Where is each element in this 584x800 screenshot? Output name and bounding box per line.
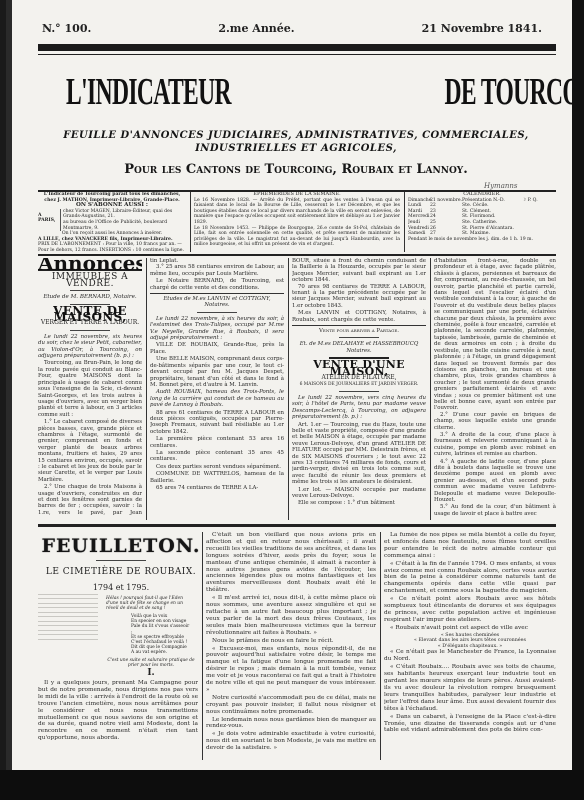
paragraph: d'habitation front-à-rue, double en prof…: [434, 258, 556, 412]
column-divider: [380, 532, 381, 760]
paragraph: « Ce n'était point alors Roubaix avec se…: [384, 596, 556, 624]
column-divider: [202, 532, 203, 760]
calendar-rows: Dimanche21 novembre.Présentation N.-D.☽ …: [408, 198, 556, 237]
subscription-box: L'Indicateur de Tourcoing paraît tous le…: [38, 192, 186, 252]
paris-address-2: au bureau de l'Office de Publicité, boul…: [63, 220, 186, 231]
paragraph: « C'était Roubaix.... Roubaix avec ses t…: [384, 664, 556, 712]
calendar-footer: Pendant le mois de novembre les j. dim. …: [408, 237, 556, 243]
info-band: L'Indicateur de Tourcoing paraît tous le…: [38, 192, 556, 252]
newspaper-title: L'INDICATEUR DE TOURCOING,: [66, 62, 536, 122]
masthead-rule-thin: [38, 54, 556, 55]
paragraph: 65 ares 74 centiares de TERRE A LA-: [150, 485, 284, 491]
title-left: L'INDICATEUR: [66, 70, 231, 114]
rule: [150, 293, 284, 294]
paragraph: 2.° D'une cour pavée en briques de champ…: [434, 412, 556, 431]
calendar-day: Samedi: [408, 231, 430, 237]
paris-label: A PARIS,: [38, 209, 60, 231]
paragraph: COMMUNE DE WATTRELOS, hameau de la Baill…: [150, 471, 284, 484]
issue-number: N.° 100.: [42, 22, 91, 35]
feuilleton-column-2: C'était un bon vieillard que nous avions…: [206, 532, 376, 762]
vente-partage: Vente pour arriver a Partage.: [292, 328, 426, 334]
title-right: DE TOURCOING,: [444, 70, 572, 114]
paragraph: « Je dois votre admirable exactitude à v…: [206, 731, 376, 752]
vente-subtitle: VERGER ET TERRE A LABOUR.: [38, 320, 142, 326]
paragraph: VILLE DE ROUBAIX, Grande-Rue, près la Pl…: [150, 342, 284, 355]
paragraph: « Roubaix n'avait point cet aspect de vi…: [384, 625, 556, 632]
paragraph: 3.° 25 ares 58 centiares environ de Labo…: [150, 264, 284, 277]
feuilleton-column-1: Il y a quelques jours, prenant Ma Campag…: [38, 680, 198, 740]
ephemerides-box: ÉPHÉMÉRIDES DE LA SEMAINE. Le 16 Novembr…: [194, 192, 400, 252]
paragraph: M.es LANVIN et COTTIGNY, Notaires, à Rou…: [292, 310, 426, 323]
poem-line: A au vat espère.: [131, 650, 191, 655]
ornament-rule: [96, 560, 146, 561]
paragraph: Elle se compose : 1.° d'un bâtiment: [292, 500, 426, 506]
scan-edge-right: [572, 0, 584, 800]
paragraph: Le Notaire BERNARD, de Tourcoing, est ch…: [150, 278, 284, 291]
feuilleton-rule: [38, 524, 556, 527]
paragraph: La fumée de nos pipes se mêla bientôt à …: [384, 532, 556, 560]
feuilleton-heading: FEUILLETON.: [36, 535, 206, 557]
poem-line: Pale du lit s'vous s'asseoir ;: [131, 624, 191, 634]
annonces-column-4: d'habitation front-à-rue, double en prof…: [434, 258, 556, 520]
paragraph: Art. 1.er — Tourcoing, rue du Haze, tout…: [292, 422, 426, 486]
rule: [70, 330, 110, 331]
paragraph: « Excusez-moi, mes enfants, nous répondi…: [206, 646, 376, 694]
etude-line: Et. de M.es DELAHAYE et HASSEBROUCQ Nota…: [292, 341, 426, 354]
rule: [197, 312, 237, 313]
paragraph: « Il m'est arrivé ici, nous dit-il, à ce…: [206, 595, 376, 636]
calendar-saint: St. Maxime.: [462, 231, 522, 237]
paragraph: 3.° A droite de la cour, d'une place à f…: [434, 432, 556, 458]
scan-edge-left: [6, 0, 12, 800]
annonces-column-2: tin Leplat. 3.° 25 ares 58 centiares env…: [150, 258, 284, 520]
masthead-rule: [38, 44, 556, 51]
vente-subtitle-2: 6 MAISONS DE JOURNALIERS ET JARDIN VERGE…: [292, 382, 426, 388]
paragraph: Une BELLE MAISON, comprenant deux corps-…: [150, 356, 284, 388]
paragraph: 4.° A gauche de ladite cour, d'une place…: [434, 459, 556, 504]
paragraph: 1.er lot. — MAISON occupée par madame ve…: [292, 487, 426, 500]
subtitle-line-1: FEUILLE D'ANNONCES JUDICIAIRES, ADMINIST…: [36, 130, 556, 141]
info-band-bottom-rule: [38, 254, 556, 256]
paragraph: Il y a quelques jours, prenant Ma Campag…: [38, 680, 198, 740]
annonces-heading: Annonces.: [38, 260, 142, 266]
section-heading: IMMEUBLES A VENDRE.: [38, 274, 142, 287]
scan-edge-bottom: [0, 770, 584, 800]
paragraph: Le lundi 22 novembre, vers cinq heures d…: [292, 395, 426, 421]
calendar-row: Samedi27St. Maxime.: [408, 231, 556, 237]
rule: [292, 325, 426, 326]
calendar-date: 27: [430, 231, 462, 237]
annonces-column: Annonces. IMMEUBLES A VENDRE. Etude de M…: [38, 258, 142, 516]
rule: [339, 337, 379, 338]
paragraph: La seconde pièce contenant 35 ares 45 ce…: [150, 450, 284, 463]
calendar-box: CALENDRIER. Dimanche21 novembre.Présenta…: [408, 192, 556, 252]
rule: [70, 290, 110, 291]
paragraph: 70 ares 98 centiares de TERRE A LABOUR, …: [292, 284, 426, 310]
verse: « Ses hautes cheminées« Elevant dans les…: [384, 633, 556, 650]
cantons-line: Pour les Cantons de Tourcoing, Roubaix e…: [36, 162, 556, 177]
divider: [404, 192, 405, 252]
newspaper-page: N.° 100. 2.me Année. 21 Novembre 1841. L…: [6, 0, 572, 800]
issue-date: 21 Novembre 1841.: [422, 22, 542, 35]
etude-line: Etude de M. BERNARD, Notaire.: [38, 294, 142, 300]
divider: [190, 192, 191, 252]
masthead-info: N.° 100. 2.me Année. 21 Novembre 1841.: [42, 22, 542, 35]
paragraph: C'était un bon vieillard que nous avions…: [206, 532, 376, 594]
column-divider: [146, 258, 147, 520]
feuilleton-title: LE CIMETIÈRE DE ROUBAIX.: [36, 567, 206, 577]
annonces-column-3: BOUR, située à front du chemin conduisan…: [292, 258, 426, 520]
rule: [339, 391, 379, 392]
paris-address-1: chez Victor MAGEN, Libraire-Éditeur, qua…: [63, 209, 186, 220]
poem: Voilà que la voixEn speoier en son visag…: [131, 614, 191, 656]
paragraph: 1.° Le cabaret composé de diverses pièce…: [38, 419, 142, 483]
paragraph: La première pièce contenant 53 ares 16 c…: [150, 436, 284, 449]
paragraph: « C'était à la fin de l'année 1794. O me…: [384, 561, 556, 596]
issue-year: 2.me Année.: [218, 22, 294, 35]
paragraph: « Ce n'était pas le Manchester de France…: [384, 649, 556, 663]
ephemeride-entry: Le 16 Novembre 1828. — Arrêté du Préfet,…: [194, 198, 400, 226]
paragraph: Nous le priâmes de nous en faire le réci…: [206, 638, 376, 645]
calendar-moon: [522, 231, 542, 237]
paragraph: 88 ares 61 centiares de TERRE A LABOUR e…: [150, 410, 284, 436]
etude-line: Etudes de M.es LANVIN et COTTIGNY, Notai…: [150, 296, 284, 309]
paragraph: Ces deux parties seront vendues séparéme…: [150, 464, 284, 470]
paragraph: Le lendemain nous nous gardâmes bien de …: [206, 717, 376, 731]
paragraph: BOUR, située à front du chemin conduisan…: [292, 258, 426, 284]
chapter-number: I.: [106, 668, 196, 678]
subscription-price: PRIX DE L'ABONNEMENT : Pour la ville, 10…: [38, 242, 186, 252]
signature: Hymanns: [484, 182, 517, 190]
paragraph: « Dans un cabaret, à l'enseigne de la Pl…: [384, 714, 556, 735]
epigraph-2: C'est une suite et saluraire pratique de…: [106, 658, 196, 668]
epigraph-1: Hélas ! pourquoi faut-il que l'Eden d'un…: [106, 596, 196, 612]
paragraph: Notre curiosité s'accommodait peu de ce …: [206, 695, 376, 716]
column-divider: [430, 258, 431, 520]
paragraph: 2.° Une chaque de trois Maisons à usage …: [38, 484, 142, 516]
ephemeride-entry: Le 18 Novembre 1453. — Philippe de Bourg…: [194, 226, 400, 248]
paragraph: Audit ROUBAIX, hameau des Trois-Ponts, l…: [150, 389, 284, 408]
bleed-through: [38, 590, 98, 643]
paragraph: Tourcoing, au Brun-Pain, le long de la r…: [38, 360, 142, 418]
paragraph: 5.° Au fond de la cour, d'un bâtiment à …: [434, 504, 556, 517]
column-divider: [288, 258, 289, 520]
subtitle-line-2: INDUSTRIELLES ET AGRICOLES,: [36, 143, 556, 154]
paragraph: Le lundi 22 novembre, six heures du soir…: [38, 334, 142, 360]
feuilleton-column-3: La fumée de nos pipes se mêla bientôt à …: [384, 532, 556, 762]
paragraph: Le lundi 22 novembre, à six heures du so…: [150, 316, 284, 342]
feuilleton-header: FEUILLETON. LE CIMETIÈRE DE ROUBAIX. 179…: [36, 535, 206, 592]
